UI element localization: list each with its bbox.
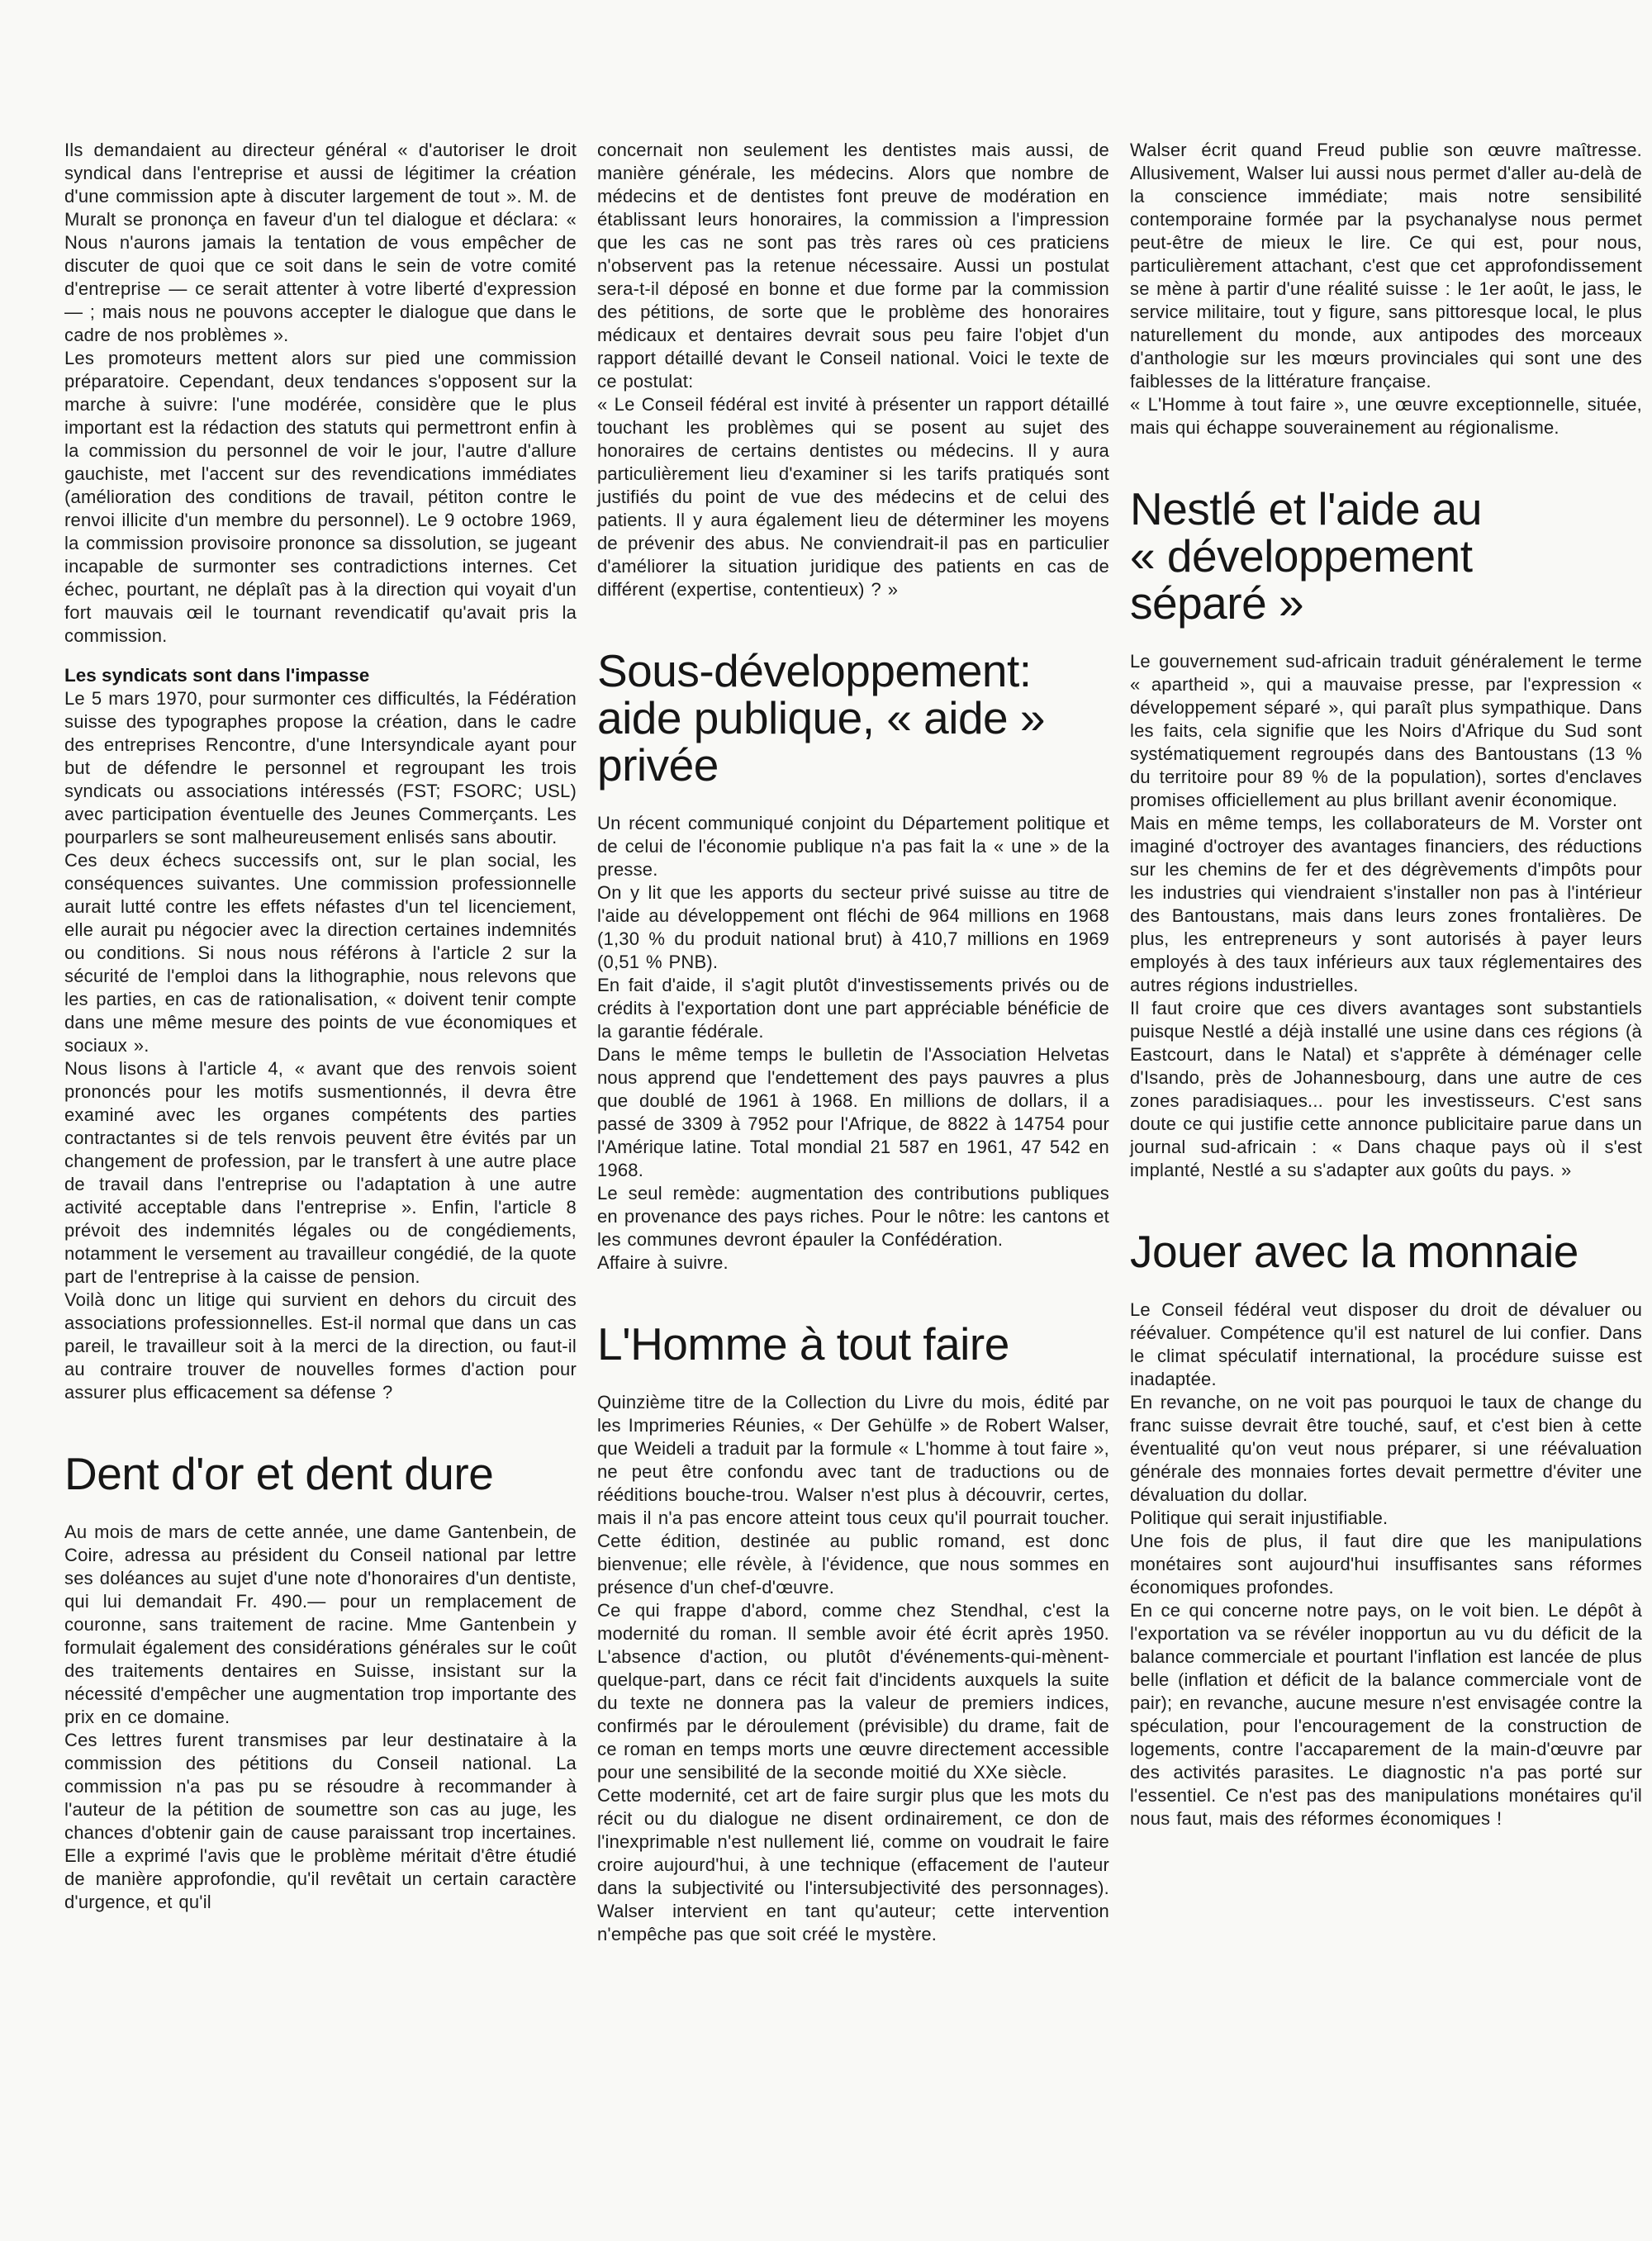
article-paragraph: Le Conseil fédéral veut disposer du droi… — [1130, 1299, 1642, 1391]
article-headline: Jouer avec la monnaie — [1130, 1228, 1642, 1275]
article-paragraph: On y lit que les apports du secteur priv… — [597, 881, 1109, 974]
article-headline: Nestlé et l'aide au « développement sépa… — [1130, 486, 1642, 627]
article-paragraph: Ces deux échecs successifs ont, sur le p… — [64, 849, 577, 1057]
article-paragraph: Politique qui serait injustifiable. — [1130, 1507, 1642, 1530]
text-column-right: Walser écrit quand Freud publie son œuvr… — [1130, 139, 1642, 1830]
article-headline: Dent d'or et dent dure — [64, 1450, 577, 1498]
article-paragraph: Dans le même temps le bulletin de l'Asso… — [597, 1043, 1109, 1182]
article-paragraph: Une fois de plus, il faut dire que les m… — [1130, 1530, 1642, 1599]
text-column-left: Ils demandaient au directeur général « d… — [64, 139, 577, 1914]
newspaper-page: Ils demandaient au directeur général « d… — [0, 0, 1652, 2241]
text-column-middle: concernait non seulement les dentistes m… — [597, 139, 1109, 1946]
article-paragraph: Le seul remède: augmentation des contrib… — [597, 1182, 1109, 1251]
article-paragraph: Ces lettres furent transmises par leur d… — [64, 1729, 577, 1914]
article-headline: L'Homme à tout faire — [597, 1321, 1109, 1368]
article-paragraph: Ce qui frappe d'abord, comme chez Stendh… — [597, 1599, 1109, 1784]
section-subhead: Les syndicats sont dans l'impasse — [64, 664, 577, 687]
article-paragraph: Walser écrit quand Freud publie son œuvr… — [1130, 139, 1642, 393]
article-paragraph: Voilà donc un litige qui survient en deh… — [64, 1289, 577, 1404]
article-paragraph: Le gouvernement sud-africain traduit gén… — [1130, 650, 1642, 812]
article-paragraph: Mais en même temps, les collaborateurs d… — [1130, 812, 1642, 997]
article-paragraph: Ils demandaient au directeur général « d… — [64, 139, 577, 347]
article-paragraph: Le 5 mars 1970, pour surmonter ces diffi… — [64, 687, 577, 849]
article-paragraph: « L'Homme à tout faire », une œuvre exce… — [1130, 393, 1642, 439]
article-paragraph: Au mois de mars de cette année, une dame… — [64, 1521, 577, 1729]
article-paragraph: En revanche, on ne voit pas pourquoi le … — [1130, 1391, 1642, 1507]
article-paragraph: Un récent communiqué conjoint du Départe… — [597, 812, 1109, 881]
article-paragraph: Les promoteurs mettent alors sur pied un… — [64, 347, 577, 648]
article-paragraph: Il faut croire que ces divers avantages … — [1130, 997, 1642, 1182]
article-paragraph: Affaire à suivre. — [597, 1251, 1109, 1275]
article-paragraph: En fait d'aide, il s'agit plutôt d'inves… — [597, 974, 1109, 1043]
article-paragraph: Nous lisons à l'article 4, « avant que d… — [64, 1057, 577, 1289]
article-paragraph: En ce qui concerne notre pays, on le voi… — [1130, 1599, 1642, 1830]
article-headline: Sous-développement: aide publique, « aid… — [597, 648, 1109, 789]
article-paragraph: Quinzième titre de la Collection du Livr… — [597, 1391, 1109, 1599]
article-paragraph: Cette modernité, cet art de faire surgir… — [597, 1784, 1109, 1946]
article-paragraph: « Le Conseil fédéral est invité à présen… — [597, 393, 1109, 601]
article-paragraph: concernait non seulement les dentistes m… — [597, 139, 1109, 393]
